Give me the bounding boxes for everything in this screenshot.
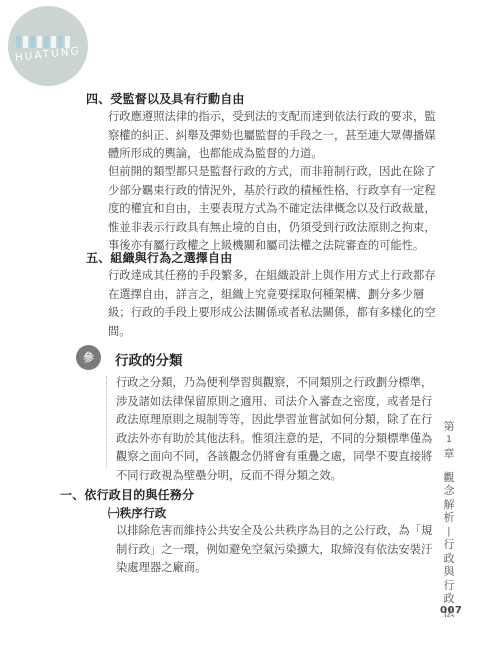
text-line: 察權的糾正、糾舉及彈劾也屬監督的手段之一，甚至連大眾傳播媒: [108, 127, 428, 146]
text-line: 少部分羈束行政的情況外，基於行政的積極性格，行政享有一定程: [108, 182, 428, 201]
chapter-title-char: 與: [441, 565, 457, 579]
major-section-paragraph-1: 行政之分類，乃為便利學習與觀察，不同類別之行政劃分標準， 涉及諸如法律保留原則之…: [116, 374, 436, 485]
chapter-title-char: 析: [441, 511, 457, 525]
section-4-paragraph-2: 但前開的類型都只是監督行政的方式，而非箝制行政，因此在除了 少部分羈束行政的情況…: [108, 163, 428, 256]
chapter-title-char: 政: [441, 552, 457, 566]
section-number-badge: 參: [76, 345, 101, 370]
text-line: 體所形成的輿論，也都能成為監督的力道。: [108, 145, 428, 164]
chapter-side-tab: 第 1 章 觀 念 解 析 — 行 政 與 行 政 法: [441, 420, 457, 619]
chapter-title-char: 念: [441, 484, 457, 498]
text-line: 政法外亦有助於其他法科。惟須注意的是，不同的分類標準僅為: [116, 430, 436, 449]
text-line: 行政應遵照法律的指示，受到法的支配而達到依法行政的要求，監: [108, 108, 428, 127]
text-line: 政法原理原則之規制等等，因此學習並嘗試如何分類，除了在行: [116, 411, 436, 430]
chapter-prefix: 第: [441, 420, 457, 434]
text-line: 觀察之面向不同，各該觀念仍將會有重疊之處，同學不要直接將: [116, 448, 436, 467]
text-line: 間。: [108, 323, 428, 342]
section-4-paragraph-1: 行政應遵照法律的指示，受到法的支配而達到依法行政的要求，監 察權的糾正、糾舉及彈…: [108, 108, 428, 164]
dotted-divider: [106, 376, 107, 468]
section-heading-5: 五、組織與行為之選擇自由: [86, 249, 232, 266]
text-line: 染處理器之廠商。: [116, 559, 436, 578]
text-line: 行政之分類，乃為便利學習與觀察，不同類別之行政劃分標準，: [116, 374, 436, 393]
text-line: 以排除危害而維持公共安全及公共秩序為目的之公行政，為「規: [116, 522, 436, 541]
chapter-title-char: 解: [441, 498, 457, 512]
text-line: 行政達成其任務的手段繁多，在組織設計上與作用方式上行政都存: [108, 267, 428, 286]
chapter-suffix: 章: [441, 447, 457, 461]
section-heading-1: 一、依行政目的與任務分: [60, 486, 194, 503]
section-heading-4: 四、受監督以及具有行動自由: [86, 90, 245, 107]
chapter-title-char: 行: [441, 579, 457, 593]
text-line: 級；行政的手段上要形成公法關係或者私法關係，都有多樣化的空: [108, 304, 428, 323]
text-line: 惟並非表示行政具有無止境的自由，仍須受到行政法原則之拘束，: [108, 219, 428, 238]
chapter-title-dash: —: [442, 523, 456, 539]
text-line: 但前開的類型都只是監督行政的方式，而非箝制行政，因此在除了: [108, 163, 428, 182]
page-number: 007: [440, 605, 462, 616]
chapter-title-char: 行: [441, 538, 457, 552]
text-line: 度的權宜和自由，主要表現方式為不確定法律概念以及行政裁量，: [108, 200, 428, 219]
chapter-number: 1: [441, 434, 457, 448]
subsection-1-paragraph-1: 以排除危害而維持公共安全及公共秩序為目的之公行政，為「規 制行政」之一環，例如避…: [116, 522, 436, 578]
major-section-heading: 行政的分類: [115, 349, 183, 369]
text-line: 不同行政視為壁壘分明，反而不得分類之效。: [116, 467, 436, 486]
text-line: 在選擇自由，詳言之，組織上究竟要採取何種架構、劃分多少層: [108, 286, 428, 305]
publisher-logo: HUATUNG: [8, 6, 88, 86]
section-5-paragraph-1: 行政達成其任務的手段繁多，在組織設計上與作用方式上行政都存 在選擇自由，詳言之，…: [108, 267, 428, 341]
chapter-title-char: 觀: [441, 471, 457, 485]
text-line: 涉及諸如法律保留原則之適用、司法介入審查之密度，或者是行: [116, 393, 436, 412]
subsection-heading-1: ㈠秩序行政: [108, 505, 167, 521]
chapter-title-char: 政: [441, 592, 457, 606]
text-line: 制行政」之一環，例如避免空氣污染擴大，取締沒有依法安裝汙: [116, 541, 436, 560]
